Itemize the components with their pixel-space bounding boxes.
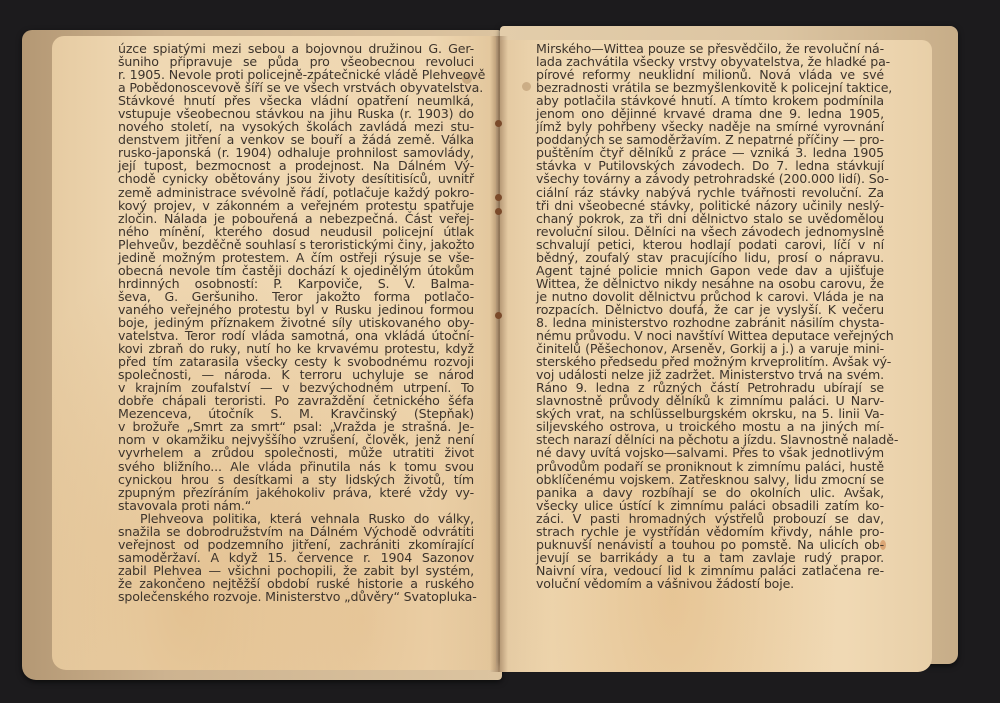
text-line: ného mínění, kterého dosud neudusil poli… [118,225,474,238]
text-line: samoděržaví. A když 15. července r. 1904… [118,551,474,564]
photo-scene: úzce spiatými mezi sebou a bojovnou druž… [0,0,1000,703]
text-line: stavovala proti nám.“ [118,499,474,512]
text-line: zločin. Nálada je pobouřená a nebezpečná… [118,212,474,225]
text-line: veřejnost od podzemního jitření, zachrán… [118,538,474,551]
text-line: všecky ulice ústící k zimnímu paláci obs… [536,499,884,512]
text-line: obecná nevole tím častěji dochází k ojed… [118,264,474,277]
text-line: schvalují petici, kterou hodlají podati … [536,238,884,251]
text-line: jedině možným protestem. A čím ostřeji r… [118,251,474,264]
text-line: snažila se dobrodružstvím na Dálném Vých… [118,525,474,538]
binding-stitch [495,194,502,201]
text-line: Wittea, že dělnictvo nikdy nesáhne na os… [536,277,884,290]
text-line: jevují se barrikády a tu a tam zavlaje r… [536,551,884,564]
text-line: ševa, G. Geršuniho. Teror jakožto forma … [118,290,474,303]
paper-stain [522,82,531,91]
text-line: kový projev, v zákonném a veřejném prote… [118,199,474,212]
binding-stitch [495,312,502,319]
text-line: strach rychle je vystřídán vědomím křivd… [536,525,884,538]
text-line: chodě cynicky obětovány jsou životy desí… [118,172,474,185]
text-line: svého bližního... Ale vláda přinutila ná… [118,460,474,473]
binding-stitch [495,120,502,127]
text-line: puknuvší nenávistí a touhou po pomstě. N… [536,538,884,551]
text-line: revoluční silou. Dělníci na všech závode… [536,225,884,238]
text-line: hrdinných osobností: P. Karpoviče, S. V.… [118,277,474,290]
text-line: Agent tajné policie mnich Gapon vede dav… [536,264,884,277]
text-line: voluční vědomím a vášnivou žádostí boje. [536,577,884,590]
text-line: vyvrhelem a zrůdou společnosti, může utr… [118,446,474,459]
text-line: Plehveův, bezděčně souhlasí s teroristic… [118,238,474,251]
text-line: bědný, zoufalý stav pracujícího lidu, pr… [536,251,884,264]
text-line: země administrace svévolně řádí, potlaču… [118,186,474,199]
text-line: je nutno dovolit dělnictvu průchod k car… [536,290,884,303]
text-line: zabil Plehvea — všichni pochopili, že za… [118,564,474,577]
left-page-text: úzce spiatými mezi sebou a bojovnou druž… [118,42,474,603]
right-page-text: Mirského—Wittea pouze se přesvědčilo, že… [536,42,884,590]
text-line: ciální ráz stávky nabývá rychle tvářnost… [536,186,884,199]
text-line: společenského rozvoje. Ministerstvo „dův… [118,590,474,603]
text-line: tři dni všeobecné stávky, politické názo… [536,199,884,212]
text-line: né davy uvítá vojsko—salvami. Přes to vš… [536,446,884,459]
text-line: záci. V pasti hromadných výstřelů probou… [536,512,884,525]
book-gutter [490,36,508,672]
binding-stitch [495,208,502,215]
text-line: průvodům podaří se proniknout k zimnímu … [536,460,884,473]
text-line: všechy továrny a závody petrohradské (20… [536,172,884,185]
text-line: cynickou hrou s desítkami a sty lidských… [118,473,474,486]
text-line: že zakončeno nejtěžší období ruské histo… [118,577,474,590]
text-line: zpupným přezíráním jakéhokoliv práva, kt… [118,486,474,499]
text-line: obklíčenému vojskem. Zatřesknou salvy, l… [536,473,884,486]
text-line: panika a davy rozbíhají se do okolních u… [536,486,884,499]
text-line: Naivní víra, vedoucí lid k zimnímu palác… [536,564,884,577]
text-line: chaný pokrok, za tři dni dělnictvo stalo… [536,212,884,225]
text-line: Plehveova politika, která vehnala Rusko … [118,512,474,525]
